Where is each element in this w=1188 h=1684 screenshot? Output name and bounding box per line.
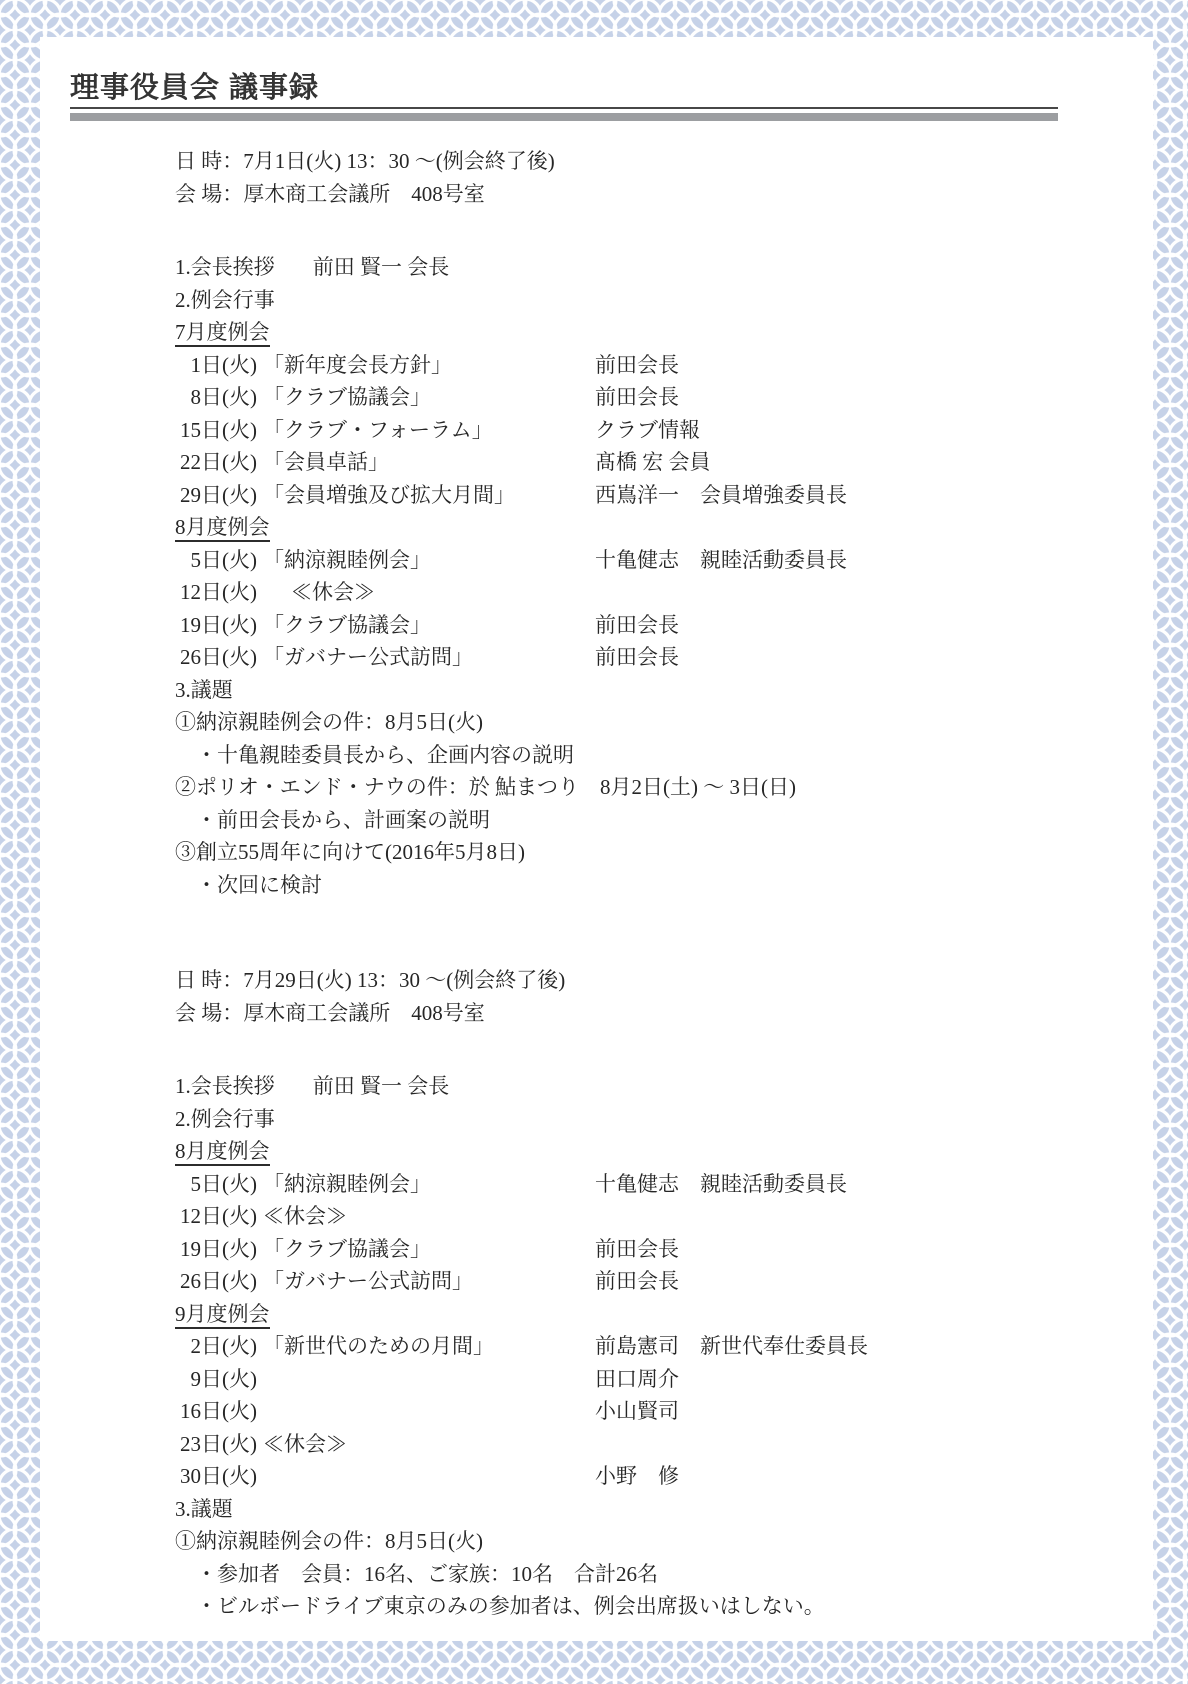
- schedule-day-number: 12: [175, 576, 201, 609]
- schedule-speaker: 田口周介: [595, 1363, 1153, 1396]
- schedule-date: 22日(火): [175, 446, 263, 479]
- schedule-date: 9日(火): [175, 1363, 263, 1396]
- month-header: 7月度例会: [175, 316, 1153, 349]
- meeting-section: 日 時：7月29日(火) 13：30 ～(例会終了後)会 場：厚木商工会議所 4…: [175, 964, 1153, 1623]
- schedule-row: 26日(火)「ガバナー公式訪問」前田会長: [175, 1265, 1153, 1298]
- schedule-speaker: [595, 1428, 1153, 1461]
- schedule-date: 26日(火): [175, 1265, 263, 1298]
- schedule-speaker: 前田会長: [595, 349, 1153, 382]
- month-header-text: 8月度例会: [175, 515, 270, 542]
- schedule-row: 19日(火)「クラブ協議会」前田会長: [175, 609, 1153, 642]
- schedule-speaker: 前田会長: [595, 381, 1153, 414]
- schedule-day-number: 23: [175, 1428, 201, 1461]
- schedule-row: 19日(火)「クラブ協議会」前田会長: [175, 1233, 1153, 1266]
- schedule-day-number: 1: [175, 349, 201, 382]
- schedule-program: 「納涼親睦例会」: [263, 1168, 595, 1201]
- schedule-day-suffix: 日(火): [201, 450, 257, 474]
- schedule-speaker: 小山賢司: [595, 1395, 1153, 1428]
- agenda-item: ①納涼親睦例会の件：8月5日(火): [175, 706, 1153, 739]
- schedule-day-suffix: 日(火): [201, 1432, 257, 1456]
- greeting-line: 1.会長挨拶前田 賢一 会長: [175, 251, 1153, 284]
- schedule-day-suffix: 日(火): [201, 1399, 257, 1423]
- schedule-program: 「クラブ協議会」: [263, 609, 595, 642]
- schedule-program: [263, 1460, 595, 1493]
- schedule-program: ≪休会≫: [263, 1428, 595, 1461]
- schedule-day-suffix: 日(火): [201, 1269, 257, 1293]
- schedule-speaker: クラブ情報: [595, 414, 1153, 447]
- month-header: 9月度例会: [175, 1298, 1153, 1331]
- schedule-day-suffix: 日(火): [201, 1172, 257, 1196]
- agenda-label: 3.議題: [175, 674, 1153, 707]
- schedule-speaker: 十亀健志 親睦活動委員長: [595, 544, 1153, 577]
- schedule-row: 29日(火)「会員増強及び拡大月間」西嶌洋一 会員増強委員長: [175, 479, 1153, 512]
- agenda-item: ③創立55周年に向けて(2016年5月8日): [175, 836, 1153, 869]
- agenda-subitem: ・参加者 会員：16名、ご家族：10名 合計26名: [175, 1558, 1153, 1591]
- schedule-day-number: 15: [175, 414, 201, 447]
- schedule-day-number: 19: [175, 1233, 201, 1266]
- schedule-day-number: 12: [175, 1200, 201, 1233]
- schedule-program: 「クラブ協議会」: [263, 1233, 595, 1266]
- schedule-date: 1日(火): [175, 349, 263, 382]
- schedule-speaker: [595, 576, 1153, 609]
- schedule-date: 8日(火): [175, 381, 263, 414]
- schedule-program: 「納涼親睦例会」: [263, 544, 595, 577]
- schedule-date: 30日(火): [175, 1460, 263, 1493]
- month-header: 8月度例会: [175, 1135, 1153, 1168]
- schedule-day-number: 5: [175, 1168, 201, 1201]
- schedule-day-number: 2: [175, 1330, 201, 1363]
- schedule-day-number: 5: [175, 544, 201, 577]
- schedule-speaker: 前田会長: [595, 1233, 1153, 1266]
- title-rule-thick-line: [70, 113, 1058, 121]
- schedule-day-number: 29: [175, 479, 201, 512]
- schedule-day-suffix: 日(火): [201, 613, 257, 637]
- schedule-date: 2日(火): [175, 1330, 263, 1363]
- chairman-name: 前田 賢一 会長: [313, 255, 450, 279]
- schedule-day-number: 16: [175, 1395, 201, 1428]
- greeting-label: 1.会長挨拶: [175, 1074, 275, 1098]
- schedule-day-suffix: 日(火): [201, 580, 257, 604]
- schedule-speaker: 前田会長: [595, 641, 1153, 674]
- schedule-program: 「新世代のための月間」: [263, 1330, 595, 1363]
- schedule-speaker: 西嶌洋一 会員増強委員長: [595, 479, 1153, 512]
- schedule-program: 「会員卓話」: [263, 446, 595, 479]
- schedule-row: 23日(火)≪休会≫: [175, 1428, 1153, 1461]
- spacer: [175, 210, 1153, 251]
- schedule-day-suffix: 日(火): [201, 1237, 257, 1261]
- schedule-date: 12日(火): [175, 1200, 263, 1233]
- month-header-text: 8月度例会: [175, 1139, 270, 1166]
- schedule-day-suffix: 日(火): [201, 645, 257, 669]
- agenda-subitem: ・十亀親睦委員長から、企画内容の説明: [175, 739, 1153, 772]
- schedule-speaker: 前田会長: [595, 609, 1153, 642]
- schedule-program: 「新年度会長方針」: [263, 349, 595, 382]
- schedule-row: 26日(火)「ガバナー公式訪問」前田会長: [175, 641, 1153, 674]
- schedule-day-number: 9: [175, 1363, 201, 1396]
- events-label: 2.例会行事: [175, 1103, 1153, 1136]
- schedule-day-suffix: 日(火): [201, 418, 257, 442]
- page: 理事役員会 議事録 日 時：7月1日(火) 13：30 ～(例会終了後)会 場：…: [40, 37, 1153, 1641]
- schedule-program: 「ガバナー公式訪問」: [263, 1265, 595, 1298]
- schedule-speaker: 小野 修: [595, 1460, 1153, 1493]
- schedule-row: 15日(火)「クラブ・フォーラム」クラブ情報: [175, 414, 1153, 447]
- agenda-subitem: ・ビルボードライブ東京のみの参加者は、例会出席扱いはしない。: [175, 1590, 1153, 1623]
- schedule-date: 19日(火): [175, 609, 263, 642]
- meeting-venue: 会 場：厚木商工会議所 408号室: [175, 178, 1153, 211]
- schedule-program: [263, 1395, 595, 1428]
- title-rule: [70, 107, 1058, 121]
- agenda-label: 3.議題: [175, 1493, 1153, 1526]
- schedule-date: 19日(火): [175, 1233, 263, 1266]
- schedule-day-suffix: 日(火): [201, 1464, 257, 1488]
- schedule-program: ≪休会≫: [263, 1200, 595, 1233]
- schedule-date: 5日(火): [175, 544, 263, 577]
- agenda-item: ①納涼親睦例会の件：8月5日(火): [175, 1525, 1153, 1558]
- schedule-program: ≪休会≫: [263, 576, 595, 609]
- month-header-text: 9月度例会: [175, 1302, 270, 1329]
- schedule-date: 26日(火): [175, 641, 263, 674]
- schedule-day-suffix: 日(火): [201, 385, 257, 409]
- schedule-day-number: 30: [175, 1460, 201, 1493]
- schedule-row: 12日(火)≪休会≫: [175, 576, 1153, 609]
- schedule-day-number: 22: [175, 446, 201, 479]
- schedule-row: 30日(火)小野 修: [175, 1460, 1153, 1493]
- schedule-speaker: 前田会長: [595, 1265, 1153, 1298]
- meeting-venue: 会 場：厚木商工会議所 408号室: [175, 997, 1153, 1030]
- schedule-program: 「会員増強及び拡大月間」: [263, 479, 595, 512]
- schedule-date: 23日(火): [175, 1428, 263, 1461]
- schedule-row: 5日(火)「納涼親睦例会」十亀健志 親睦活動委員長: [175, 544, 1153, 577]
- schedule-program: 「ガバナー公式訪問」: [263, 641, 595, 674]
- schedule-date: 15日(火): [175, 414, 263, 447]
- schedule-program: 「クラブ協議会」: [263, 381, 595, 414]
- schedule-date: 16日(火): [175, 1395, 263, 1428]
- schedule-speaker: 十亀健志 親睦活動委員長: [595, 1168, 1153, 1201]
- chairman-name: 前田 賢一 会長: [313, 1074, 450, 1098]
- schedule-speaker: 髙橋 宏 会員: [595, 446, 1153, 479]
- agenda-item: ②ポリオ・エンド・ナウの件：於 鮎まつり 8月2日(土) ～ 3日(日): [175, 771, 1153, 804]
- schedule-day-number: 26: [175, 641, 201, 674]
- title-rule-thin-line: [70, 107, 1058, 109]
- schedule-day-suffix: 日(火): [201, 483, 257, 507]
- schedule-day-suffix: 日(火): [201, 1204, 257, 1228]
- meetings-container: 日 時：7月1日(火) 13：30 ～(例会終了後)会 場：厚木商工会議所 40…: [175, 145, 1153, 1623]
- month-header-text: 7月度例会: [175, 320, 270, 347]
- schedule-program: 「クラブ・フォーラム」: [263, 414, 595, 447]
- events-label: 2.例会行事: [175, 284, 1153, 317]
- schedule-date: 5日(火): [175, 1168, 263, 1201]
- schedule-speaker: 前島憲司 新世代奉仕委員長: [595, 1330, 1153, 1363]
- schedule-day-suffix: 日(火): [201, 548, 257, 572]
- schedule-row: 22日(火)「会員卓話」髙橋 宏 会員: [175, 446, 1153, 479]
- schedule-row: 2日(火)「新世代のための月間」前島憲司 新世代奉仕委員長: [175, 1330, 1153, 1363]
- schedule-day-number: 26: [175, 1265, 201, 1298]
- meeting-datetime: 日 時：7月1日(火) 13：30 ～(例会終了後): [175, 145, 1153, 178]
- schedule-row: 5日(火)「納涼親睦例会」十亀健志 親睦活動委員長: [175, 1168, 1153, 1201]
- schedule-day-suffix: 日(火): [201, 1367, 257, 1391]
- schedule-day-suffix: 日(火): [201, 1334, 257, 1358]
- agenda-subitem: ・前田会長から、計画案の説明: [175, 804, 1153, 837]
- schedule-row: 12日(火)≪休会≫: [175, 1200, 1153, 1233]
- schedule-day-suffix: 日(火): [201, 353, 257, 377]
- page-title: 理事役員会 議事録: [70, 73, 1153, 103]
- schedule-row: 16日(火)小山賢司: [175, 1395, 1153, 1428]
- agenda-subitem: ・次回に検討: [175, 869, 1153, 902]
- schedule-date: 29日(火): [175, 479, 263, 512]
- schedule-row: 9日(火)田口周介: [175, 1363, 1153, 1396]
- greeting-line: 1.会長挨拶前田 賢一 会長: [175, 1070, 1153, 1103]
- month-header: 8月度例会: [175, 511, 1153, 544]
- schedule-program: [263, 1363, 595, 1396]
- schedule-day-number: 19: [175, 609, 201, 642]
- meeting-section: 日 時：7月1日(火) 13：30 ～(例会終了後)会 場：厚木商工会議所 40…: [175, 145, 1153, 901]
- schedule-row: 8日(火)「クラブ協議会」前田会長: [175, 381, 1153, 414]
- schedule-row: 1日(火)「新年度会長方針」前田会長: [175, 349, 1153, 382]
- schedule-date: 12日(火): [175, 576, 263, 609]
- greeting-label: 1.会長挨拶: [175, 255, 275, 279]
- schedule-speaker: [595, 1200, 1153, 1233]
- schedule-day-number: 8: [175, 381, 201, 414]
- meeting-datetime: 日 時：7月29日(火) 13：30 ～(例会終了後): [175, 964, 1153, 997]
- spacer: [175, 1029, 1153, 1070]
- document-canvas: 理事役員会 議事録 日 時：7月1日(火) 13：30 ～(例会終了後)会 場：…: [0, 0, 1188, 1684]
